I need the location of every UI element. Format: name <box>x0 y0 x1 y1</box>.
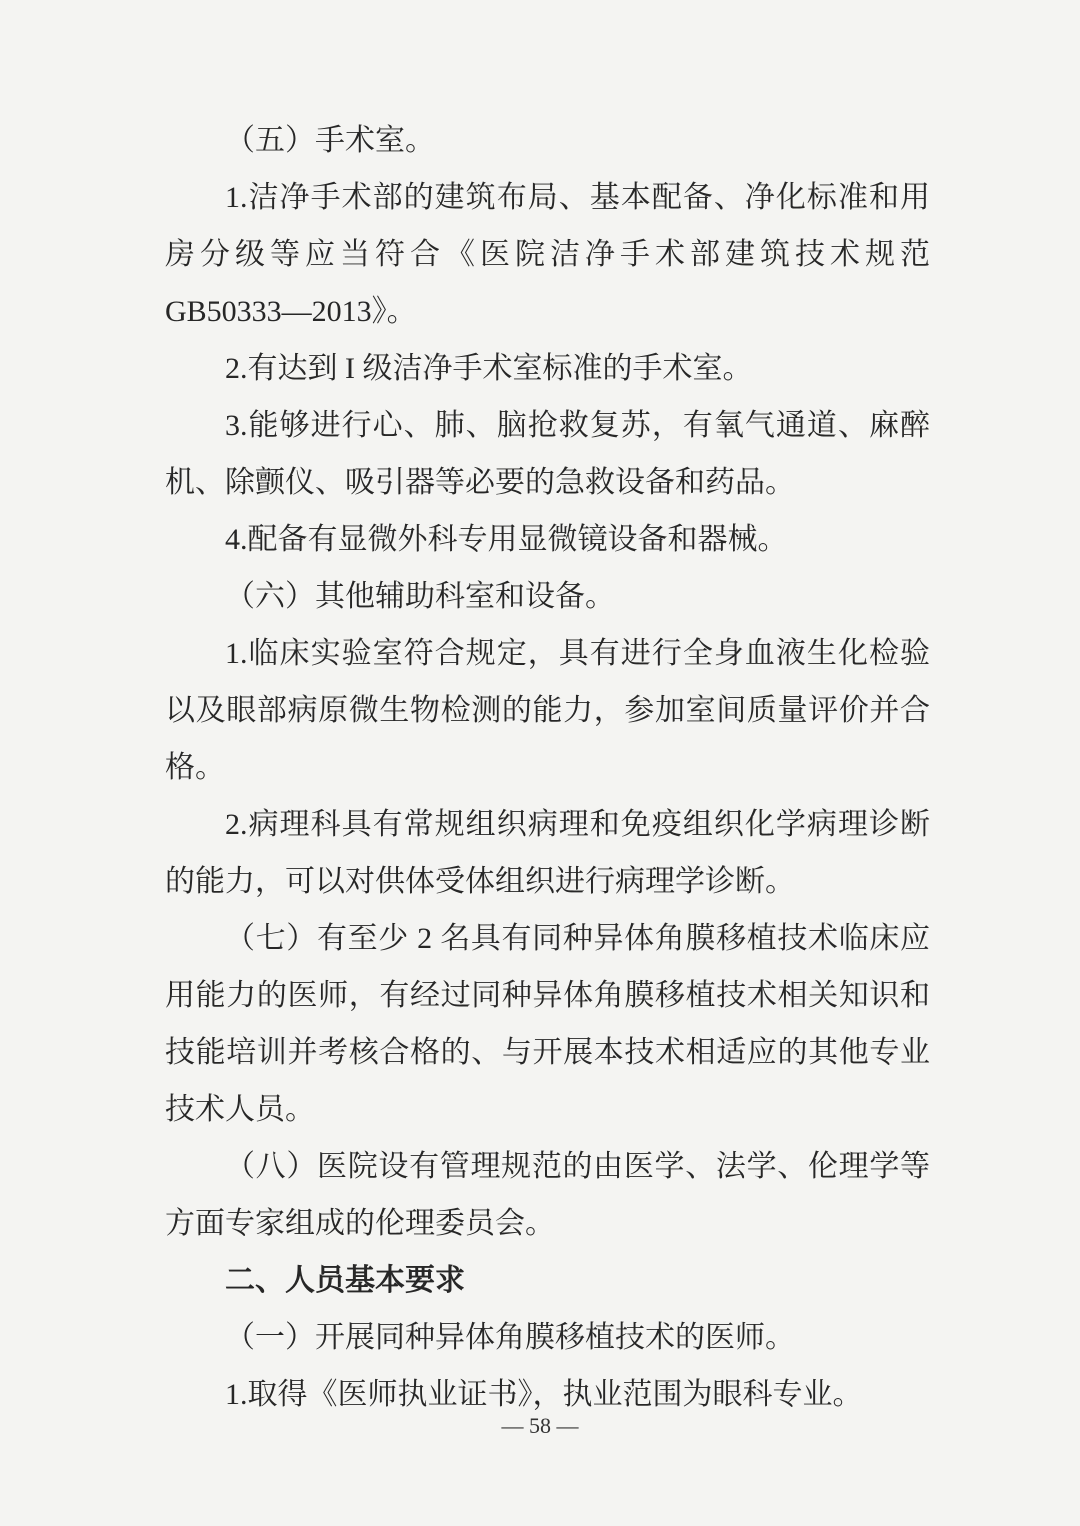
section-6-item-2: 2.病理科具有常规组织病理和免疫组织化学病理诊断的能力，可以对供体受体组织进行病… <box>165 796 930 910</box>
part-2-section-1-title: （一）开展同种异体角膜移植技术的医师。 <box>165 1309 930 1366</box>
section-6-item-1: 1.临床实验室符合规定，具有进行全身血液生化检验以及眼部病原微生物检测的能力，参… <box>165 625 930 796</box>
document-page: （五）手术室。 1.洁净手术部的建筑布局、基本配备、净化标准和用房分级等应当符合… <box>0 0 1080 1526</box>
part-2-heading: 二、人员基本要求 <box>165 1252 930 1309</box>
page-number: — 58 — <box>502 1413 579 1438</box>
document-body: （五）手术室。 1.洁净手术部的建筑布局、基本配备、净化标准和用房分级等应当符合… <box>165 112 930 1423</box>
section-6-title: （六）其他辅助科室和设备。 <box>165 568 930 625</box>
section-5-item-3: 3.能够进行心、肺、脑抢救复苏，有氧气通道、麻醉机、除颤仪、吸引器等必要的急救设… <box>165 397 930 511</box>
section-7-text: （七）有至少 2 名具有同种异体角膜移植技术临床应用能力的医师，有经过同种异体角… <box>165 910 930 1138</box>
section-5-item-1: 1.洁净手术部的建筑布局、基本配备、净化标准和用房分级等应当符合《医院洁净手术部… <box>165 169 930 340</box>
section-5-title: （五）手术室。 <box>165 112 930 169</box>
page-footer: — 58 — <box>0 1412 1080 1440</box>
section-8-text: （八）医院设有管理规范的由医学、法学、伦理学等方面专家组成的伦理委员会。 <box>165 1138 930 1252</box>
section-5-item-2: 2.有达到 I 级洁净手术室标准的手术室。 <box>165 340 930 397</box>
section-5-item-4: 4.配备有显微外科专用显微镜设备和器械。 <box>165 511 930 568</box>
